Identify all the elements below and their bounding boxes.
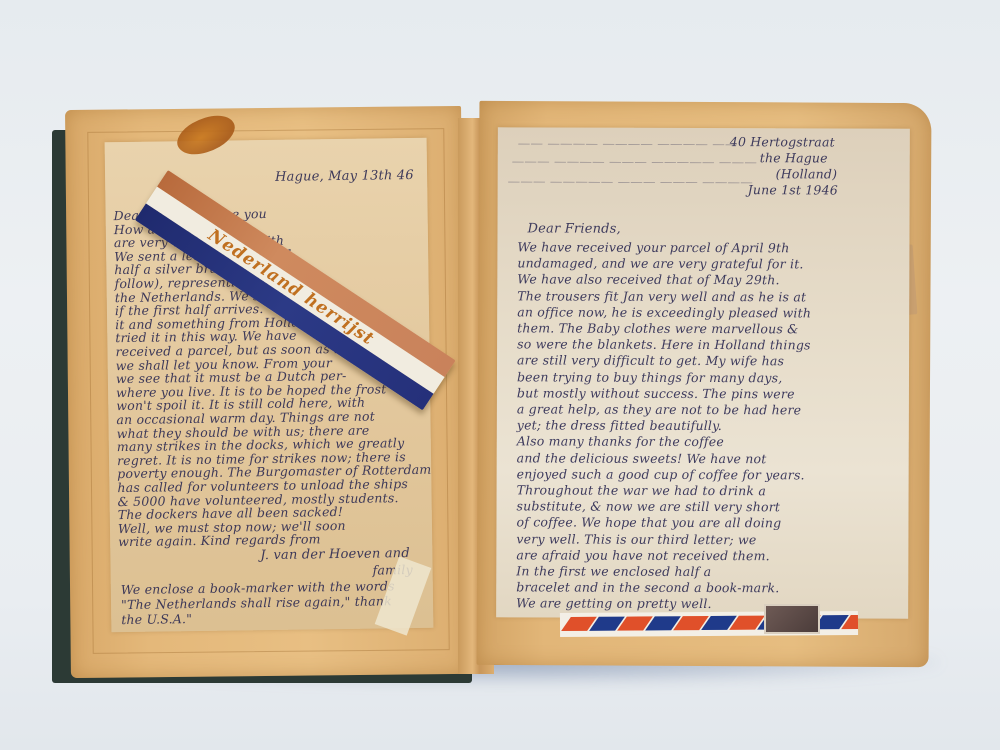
handwritten-line: been trying to buy things for many days, [517, 369, 782, 385]
handwritten-line: We are getting on pretty well. [516, 596, 712, 612]
handwritten-line: are afraid you have not received them. [516, 547, 770, 563]
handwritten-line: Also many thanks for the coffee [517, 434, 724, 450]
handwritten-line: of coffee. We hope that you are all doin… [516, 515, 781, 531]
letter-right: —— ———— ———— ———— —— ——— ———— ——— ————— … [496, 127, 910, 618]
handwritten-line: them. The Baby clothes were marvellous & [517, 320, 798, 336]
signature: J. van der Hoeven and [260, 546, 410, 563]
handwritten-line: We have also received that of May 29th. [517, 272, 779, 288]
handwritten-line: but mostly without success. The pins wer… [517, 385, 795, 401]
handwritten-line: are still very difficult to get. My wife… [517, 353, 784, 369]
dateline: Hague, May 13th 46 [275, 168, 414, 185]
handwritten-line: a great help, as they are not to be had … [517, 401, 801, 417]
handwritten-line: We have received your parcel of April 9t… [517, 239, 789, 255]
handwritten-line: Throughout the war we had to drink a [517, 482, 766, 498]
handwritten-line: enjoyed such a good cup of coffee for ye… [517, 466, 805, 482]
address-line: (Holland) [776, 166, 838, 181]
bleed-through-text: —— ———— ———— ———— —— [518, 135, 738, 151]
address-line: 40 Hertogstraat [730, 134, 835, 149]
handwritten-line: very well. This is our third letter; we [516, 531, 756, 547]
handwritten-line: yet; the dress fitted beautifully. [517, 418, 722, 434]
handwritten-line: so were the blankets. Here in Holland th… [517, 337, 811, 353]
handwritten-line: substitute, & now we are still very shor… [517, 499, 781, 515]
handwritten-line: the U.S.A." [121, 611, 192, 627]
handwritten-line: In the first we enclosed half a [516, 563, 711, 579]
handwritten-line: undamaged, and we are very grateful for … [517, 256, 803, 272]
bleed-through-text: ——— ———— ——— ————— ——— [512, 153, 757, 169]
greeting: Dear Friends, [527, 221, 620, 236]
handwritten-line: bracelet and in the second a book-mark. [516, 580, 779, 596]
postage-stamp [764, 604, 820, 634]
handwritten-line: an office now, he is exceedingly pleased… [517, 304, 811, 320]
address-line: the Hague [760, 150, 828, 165]
dateline: June 1st 1946 [748, 182, 838, 197]
bleed-through-text: ——— ————— ——— ——— ———— [508, 173, 753, 189]
handwritten-line: The trousers fit Jan very well and as he… [517, 288, 806, 304]
handwritten-line: "The Netherlands shall rise again," than… [121, 593, 392, 612]
handwritten-line: and the delicious sweets! We have not [517, 450, 767, 466]
